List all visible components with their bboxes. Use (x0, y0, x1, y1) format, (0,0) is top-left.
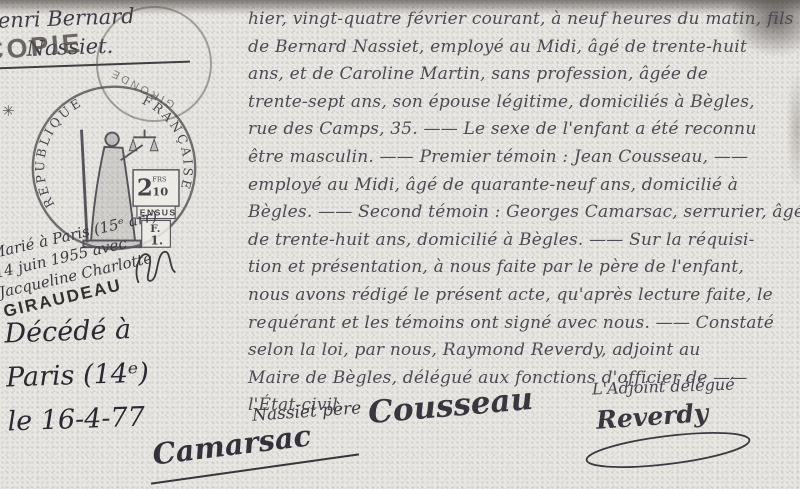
body-line: hier, vingt-quatre février courant, à ne… (248, 6, 800, 34)
death-margin-note: Décédé à Paris (14ᵉ) le 16-4-77 (4, 308, 151, 445)
body-line: nous avons rédigé le présent acte, qu'ap… (248, 282, 800, 310)
body-line: de trente-huit ans, domicilié à Bègles. … (248, 227, 800, 255)
body-line: selon la loi, par nous, Raymond Reverdy,… (248, 337, 800, 365)
body-line: être masculin. —— Premier témoin : Jean … (248, 144, 800, 172)
fiscal-value-digit: 2 (137, 175, 153, 202)
body-line: tion et présentation, à nous faite par l… (248, 254, 800, 282)
body-line: ans, et de Caroline Martin, sans profess… (248, 61, 800, 89)
body-line: requérant et les témoins ont signé avec … (248, 310, 800, 338)
act-body-text: hier, vingt-quatre février courant, à ne… (248, 6, 800, 420)
signature-flourish-icon (578, 428, 758, 474)
fiscal-stamp-arc-left: RÉPUBLIQUE (32, 94, 85, 210)
death-note-line2: Paris (14ᵉ) (5, 352, 149, 401)
fiscal-value-unit: FRS (152, 175, 167, 183)
svg-text:RÉPUBLIQUE: RÉPUBLIQUE (32, 94, 85, 210)
body-line: rue des Camps, 35. —— Le sexe de l'enfan… (248, 116, 800, 144)
body-line: de Bernard Nassiet, employé au Midi, âgé… (248, 34, 800, 62)
body-line: employé au Midi, âgé de quarante-neuf an… (248, 172, 800, 200)
death-note-line3: le 16-4-77 (7, 395, 151, 444)
fiscal-value-denominator: 10 (152, 185, 168, 199)
asterisk-mark-icon: ✳ (2, 102, 15, 120)
body-line: Bègles. —— Second témoin : Georges Camar… (248, 199, 800, 227)
scanned-document: Henri Bernard Nassiet. COPIE GIRONDE ✳ R… (0, 0, 800, 489)
body-line: trente-sept ans, son épouse légitime, do… (248, 89, 800, 117)
death-note-line1: Décédé à (4, 308, 148, 357)
